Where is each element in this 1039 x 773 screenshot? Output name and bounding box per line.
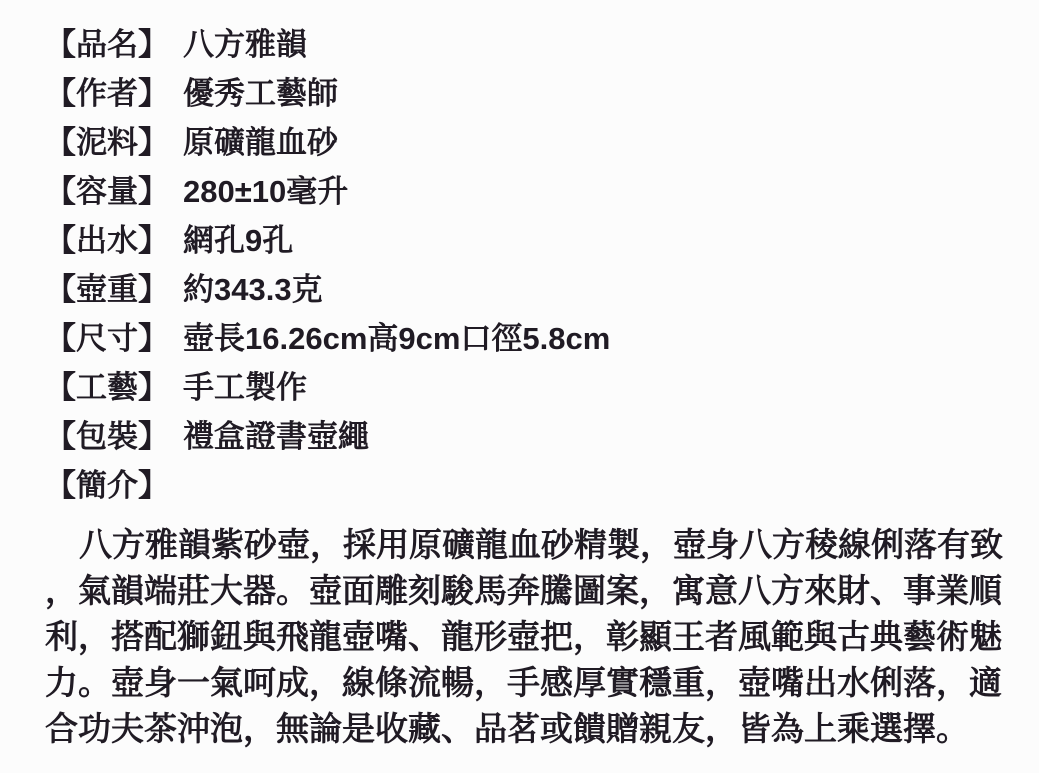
spec-row-author: 【作者】優秀工藝師	[45, 69, 1013, 118]
spec-value: 280±10毫升	[183, 167, 348, 216]
spec-list: 【品名】八方雅韻 【作者】優秀工藝師 【泥料】原礦龍血砂 【容量】280±10毫…	[45, 20, 1013, 510]
spec-value: 網孔9孔	[183, 216, 293, 265]
spec-value: 原礦龍血砂	[183, 118, 338, 167]
spec-row-product-name: 【品名】八方雅韻	[45, 20, 1013, 69]
spec-label: 【壺重】	[45, 265, 169, 314]
spec-row-capacity: 【容量】280±10毫升	[45, 167, 1013, 216]
spec-row-pot-weight: 【壺重】約343.3克	[45, 265, 1013, 314]
spec-label: 【品名】	[45, 20, 169, 69]
product-description: 八方雅韻紫砂壺，採用原礦龍血砂精製，壺身八方稜線俐落有致，氣韻端莊大器。壺面雕刻…	[45, 522, 1017, 752]
spec-row-packaging: 【包裝】禮盒證書壺繩	[45, 412, 1013, 461]
spec-value: 手工製作	[183, 363, 307, 412]
spec-label: 【出水】	[45, 216, 169, 265]
spec-value: 約343.3克	[183, 265, 323, 314]
spec-label: 【尺寸】	[45, 314, 169, 363]
spec-row-introduction: 【簡介】	[45, 461, 1013, 510]
spec-row-water-outlet: 【出水】網孔9孔	[45, 216, 1013, 265]
spec-label: 【容量】	[45, 167, 169, 216]
spec-value: 優秀工藝師	[183, 69, 338, 118]
spec-label: 【簡介】	[45, 461, 169, 510]
spec-row-craftsmanship: 【工藝】手工製作	[45, 363, 1013, 412]
spec-row-clay-material: 【泥料】原礦龍血砂	[45, 118, 1013, 167]
spec-row-dimensions: 【尺寸】壺長16.26cm高9cm口徑5.8cm	[45, 314, 1013, 363]
spec-value: 八方雅韻	[183, 20, 307, 69]
spec-label: 【包裝】	[45, 412, 169, 461]
product-spec-sheet: 【品名】八方雅韻 【作者】優秀工藝師 【泥料】原礦龍血砂 【容量】280±10毫…	[0, 0, 1039, 773]
spec-label: 【工藝】	[45, 363, 169, 412]
spec-label: 【作者】	[45, 69, 169, 118]
spec-value: 壺長16.26cm高9cm口徑5.8cm	[183, 314, 610, 363]
spec-label: 【泥料】	[45, 118, 169, 167]
spec-value: 禮盒證書壺繩	[183, 412, 369, 461]
